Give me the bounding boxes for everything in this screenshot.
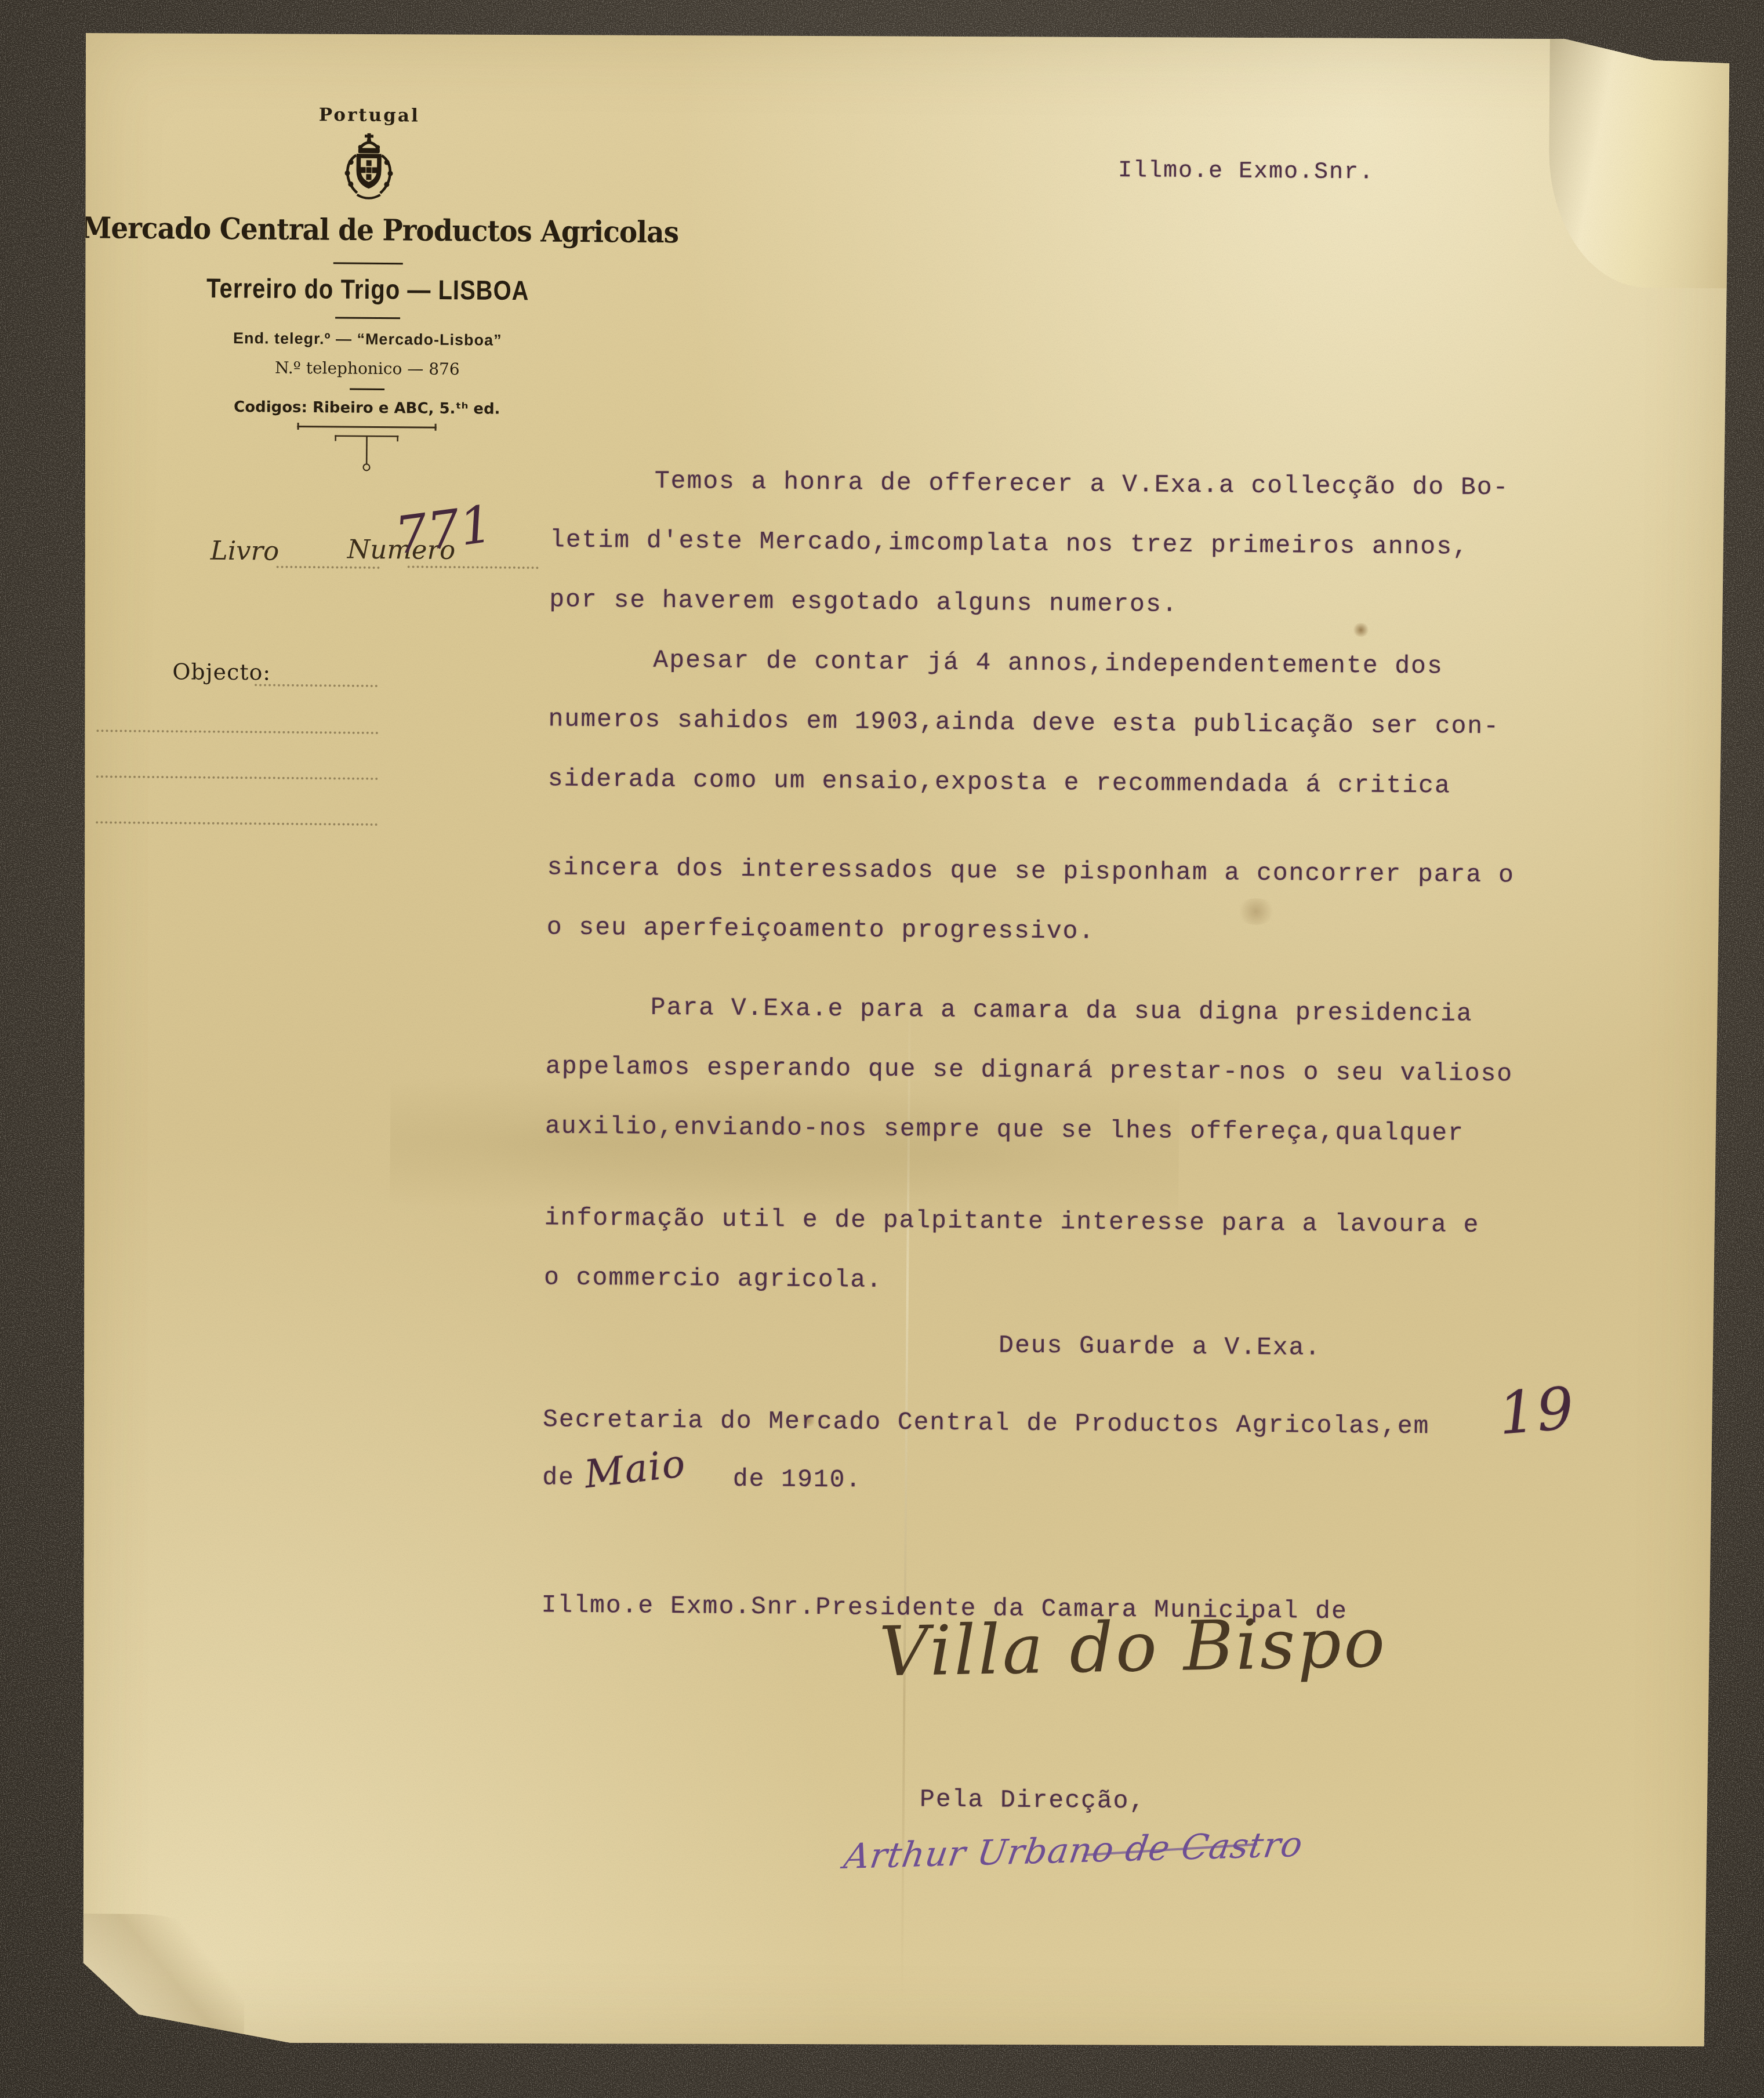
livro-dotted-line [277,566,380,569]
date-line: de Maio de 1910. [542,1463,862,1494]
handwritten-numero-value: 771 [391,493,496,565]
typed-line: o commercio agricola. [544,1247,1512,1315]
objecto-dotted-line [255,684,378,687]
royal-coat-of-arms-icon [340,133,398,205]
handwritten-day: 19 [1496,1374,1577,1448]
letterhead-divider [335,317,400,319]
letter-page: Portugal Mercado Ce [70,26,1730,2054]
typed-line: letim d'este Mercado,imcomplata nos trez… [550,510,1518,577]
letterhead: Portugal Mercado Ce [79,103,656,482]
direction-line: Pela Direcção, [920,1785,1146,1815]
typed-line: por se haverem esgotado alguns numeros. [549,569,1517,637]
date-year: de 1910. [733,1465,862,1494]
typed-line: Para V.Exa.e para a camara da sua digna … [546,977,1513,1044]
typed-line: auxilio,enviando-nos sempre que se lhes … [545,1096,1513,1163]
salutation-top: Illmo.e Exmo.Snr. [1118,158,1374,186]
secretariat-text: Secretaria do Mercado Central de Product… [543,1405,1430,1440]
valediction: Deus Guarde a V.Exa. [999,1331,1321,1362]
letterhead-codes: Codigos: Ribeiro e ABC, 5.ᵗʰ ed. [80,397,654,419]
pin-ornament-icon [280,421,454,480]
letterhead-address: Terreiro do Trigo — LISBOA [81,273,655,308]
typed-line: numeros sahidos em 1903,ainda deve esta … [548,689,1516,756]
numero-dotted-line [408,565,539,569]
date-prefix: de [542,1463,575,1491]
handwritten-place: Villa do Bispo [879,1602,1388,1692]
typed-line: informação util e de palpitante interess… [544,1188,1512,1255]
objecto-dotted-line [96,729,378,734]
objecto-field-label: Objecto: [172,659,271,685]
letter-body: Temos a honra de offerecer a V.Exa.a col… [544,450,1518,1315]
objecto-dotted-line [96,821,378,826]
letterhead-organization: Mercado Central de Productos Agricolas [81,211,655,250]
typed-line: o seu aperfeiçoamento progressivo. [546,897,1514,964]
typed-line: Temos a honra de offerecer a V.Exa.a col… [550,450,1518,517]
letterhead-telephone: N.º telephonico — 876 [80,357,654,380]
typed-line: appelamos esperando que se dignará prest… [546,1036,1513,1104]
typed-line: Apesar de contar já 4 annos,independente… [549,629,1516,696]
typed-line: siderada como um ensaio,exposta e recomm… [547,749,1515,816]
livro-field-label: Livro [210,535,280,567]
letterhead-divider [333,262,403,264]
letterhead-country: Portugal [82,103,656,128]
handwritten-month: Maio [582,1441,688,1497]
secretariat-line: Secretaria do Mercado Central de Product… [543,1405,1430,1440]
objecto-dotted-line [96,775,378,780]
typed-line: sincera dos interessados que se pisponha… [547,837,1515,905]
folded-corner-top-right [1548,38,1730,288]
letterhead-telegraph: End. telegr.º — “Mercado-Lisboa” [81,328,655,351]
letterhead-divider [350,389,384,390]
handwritten-signature: Arthur Urbano de Castro [841,1824,1306,1877]
